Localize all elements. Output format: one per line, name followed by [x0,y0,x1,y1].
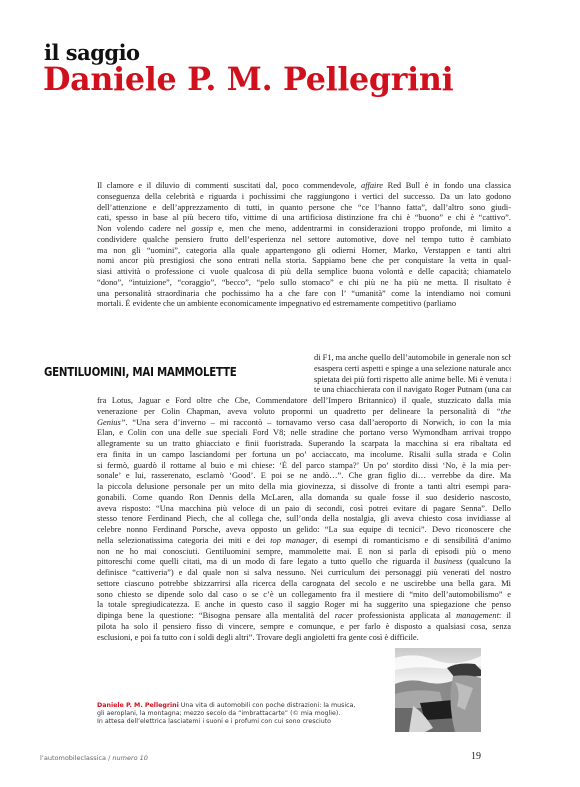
author-photo [395,648,481,732]
page-number: 19 [471,751,481,762]
text-line: conseguenza della celebrità e riguarda i… [97,192,511,203]
text-line: non ne ho mai conosciuti. Gentiluomini s… [97,547,511,558]
text-line: pilota ha solo il pensiero fisso di vinc… [97,622,511,633]
caption-line-3: In attesa dell’elettrica lasciatemi i su… [97,718,387,726]
text-line: si fermò, guardò il rottame al buio e mi… [97,461,511,472]
publication-footer: l’automobileclassica / numero 10 [40,754,148,762]
text-line: aveva risposto: “Una macchina più veloce… [97,504,511,515]
text-line: era finita in un campo lasciandomi per f… [97,450,511,461]
text-line: cati, spesso in base al più becero tifo,… [97,213,511,224]
text-line: “dono”, “intuizione”, “coraggio”, “becco… [97,278,511,289]
text-line: Genius”. “Una sera d’inverno – mi raccon… [97,418,511,429]
text-line: settore ciascuno potrebbe sbizzarrirsi a… [97,579,511,590]
text-line: nella selezionatissima categoria dei mit… [97,536,511,547]
magazine-page: il saggio Daniele P. M. Pellegrini Il cl… [0,0,580,787]
author-name: Daniele P. M. Pellegrini [97,702,179,709]
text-line: gonabili. Come quando Ron Dennis della M… [97,493,511,504]
author-portrait-image [395,648,481,732]
caption-line-1: Daniele P. M. Pellegrini Una vita di aut… [97,702,387,710]
text-line: nomi ancor più prestigiosi che sono entr… [97,256,511,267]
text-line: di F1, ma anche quello dell’automobile i… [314,353,511,364]
text-line: te una chiacchierata con il navigato Rog… [314,385,511,396]
text-line: definisce “cattiveria”) e dal quale non … [97,568,511,579]
text-line: mortali. È evidente che un ambiente econ… [97,299,511,310]
publication-name: l’automobileclassica / [40,754,112,762]
text-line: fra Lotus, Jaguar e Ford oltre che Cbe, … [97,396,511,407]
text-line: Il clamore e il diluvio di commenti susc… [97,181,511,192]
text-line: sono chiesto se dipende solo dal caso o … [97,590,511,601]
issue-number: numero 10 [112,754,148,762]
text-line: la totale spregiudicatezza. E anche in q… [97,600,511,611]
page-title: Daniele P. M. Pellegrini [43,62,453,96]
text-line: spietata dei più forti rispetto alle ani… [314,375,511,386]
text-line: una personalità straordinaria che pochis… [97,289,511,300]
text-line: venerazione per Colin Chapman, aveva vol… [97,407,511,418]
text-line: pittoreschi come quelli citati, ma di un… [97,557,511,568]
article-paragraph-1: Il clamore e il diluvio di commenti susc… [97,181,511,310]
text-line: stesso tenore Ferdinand Piech, che al co… [97,514,511,525]
text-line: celebre nonno Ferdinand Porsche, aveva o… [97,525,511,536]
text-line: ma non gli “uomini”, categoria alla qual… [97,246,511,257]
article-paragraph-2: di F1, ma anche quello dell’automobile i… [314,353,511,396]
text-line: condividere qualche pensiero frutto dell… [97,235,511,246]
section-subheading: GENTILUOMINI, MAI MAMMOLETTE [44,364,237,380]
text-line: siasi attività o professione ci vuole qu… [97,267,511,278]
text-line: esclusioni, e poi fa tutto con i soldi d… [97,633,511,644]
text-line: dipinga bene la questione: “Bisogna pens… [97,611,511,622]
text-line: dell’attenzione e dell’apprezzamento di … [97,203,511,214]
text-line: allegramente su un tratto ghiacciato e f… [97,439,511,450]
text-line: esaspera certi aspetti e spinge a una se… [314,364,511,375]
text-line: sonale’ e lui, rasserenato, esclamò ‘Goo… [97,471,511,482]
text-line: la piccola delusione personale per un mi… [97,482,511,493]
article-paragraph-3: fra Lotus, Jaguar e Ford oltre che Cbe, … [97,396,511,643]
text-line: Non volendo cadere nel gossip e, men che… [97,224,511,235]
caption-line-2: gli aeroplani, la montagna; mezzo secolo… [97,710,387,718]
author-bio-caption: Daniele P. M. Pellegrini Una vita di aut… [97,702,387,727]
text-line: Elan, e Colin con una delle sue speciali… [97,428,511,439]
